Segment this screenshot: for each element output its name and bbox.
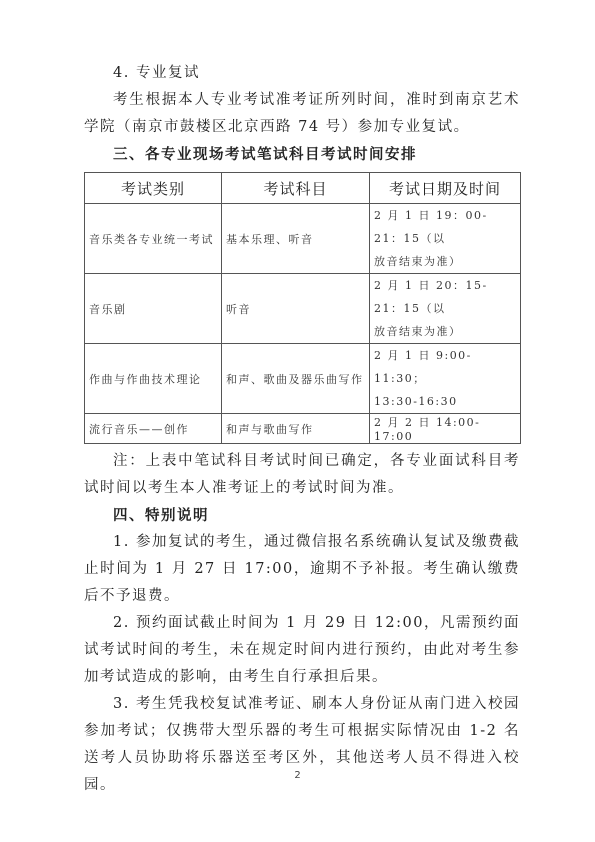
table-row: 音乐剧 听音 2 月 1 日 20：15-21：15（以放音结束为准） xyxy=(85,274,521,344)
section-title-schedule: 三、各专业现场考试笔试科目考试时间安排 xyxy=(84,141,520,168)
cell-subject: 和声、歌曲及器乐曲写作 xyxy=(222,344,370,414)
cell-datetime: 2 月 1 日 20：15-21：15（以放音结束为准） xyxy=(370,274,521,344)
cell-subject: 和声与歌曲写作 xyxy=(222,414,370,444)
header-subject: 考试科目 xyxy=(222,173,370,204)
cell-datetime: 2 月 1 日 9:00-11:30；13:30-16:30 xyxy=(370,344,521,414)
time-line: 13:30-16:30 xyxy=(374,390,516,413)
cell-datetime: 2 月 1 日 19：00-21：15（以放音结束为准） xyxy=(370,204,521,274)
cell-category: 流行音乐——创作 xyxy=(85,414,222,444)
cell-category: 音乐剧 xyxy=(85,274,222,344)
special-item-3: 3. 考生凭我校复试准考证、刷本人身份证从南门进入校园参加考试；仅携带大型乐器的… xyxy=(84,691,520,799)
time-line: 2 月 1 日 9:00-11:30； xyxy=(374,344,516,390)
cell-subject: 听音 xyxy=(222,274,370,344)
header-datetime: 考试日期及时间 xyxy=(370,173,521,204)
table-note: 注：上表中笔试科目考试时间已确定，各专业面试科目考试时间以考生本人准考证上的考试… xyxy=(84,448,520,502)
subsection-title: 4. 专业复试 xyxy=(84,60,520,87)
time-line: 2 月 1 日 20：15-21：15（以 xyxy=(374,274,516,320)
document-page: 4. 专业复试 考生根据本人专业考试准考证所列时间，准时到南京艺术学院（南京市鼓… xyxy=(84,60,520,799)
exam-schedule-table: 考试类别 考试科目 考试日期及时间 音乐类各专业统一考试 基本乐理、听音 2 月… xyxy=(84,172,521,444)
cell-category: 作曲与作曲技术理论 xyxy=(85,344,222,414)
cell-datetime: 2 月 2 日 14:00-17:00 xyxy=(370,414,521,444)
special-item-1: 1. 参加复试的考生，通过微信报名系统确认复试及缴费截止时间为 1 月 27 日… xyxy=(84,529,520,610)
cell-subject: 基本乐理、听音 xyxy=(222,204,370,274)
time-line: 放音结束为准） xyxy=(374,250,516,273)
table-row: 作曲与作曲技术理论 和声、歌曲及器乐曲写作 2 月 1 日 9:00-11:30… xyxy=(85,344,521,414)
header-category: 考试类别 xyxy=(85,173,222,204)
section-title-special: 四、特别说明 xyxy=(84,502,520,529)
paragraph-retest: 考生根据本人专业考试准考证所列时间，准时到南京艺术学院（南京市鼓楼区北京西路 7… xyxy=(84,87,520,141)
page-number: 2 xyxy=(0,770,595,781)
time-line: 2 月 1 日 19：00-21：15（以 xyxy=(374,204,516,250)
cell-category: 音乐类各专业统一考试 xyxy=(85,204,222,274)
time-line: 放音结束为准） xyxy=(374,320,516,343)
table-row: 流行音乐——创作 和声与歌曲写作 2 月 2 日 14:00-17:00 xyxy=(85,414,521,444)
table-header-row: 考试类别 考试科目 考试日期及时间 xyxy=(85,173,521,204)
table-row: 音乐类各专业统一考试 基本乐理、听音 2 月 1 日 19：00-21：15（以… xyxy=(85,204,521,274)
special-item-2: 2. 预约面试截止时间为 1 月 29 日 12:00，凡需预约面试考试时间的考… xyxy=(84,610,520,691)
